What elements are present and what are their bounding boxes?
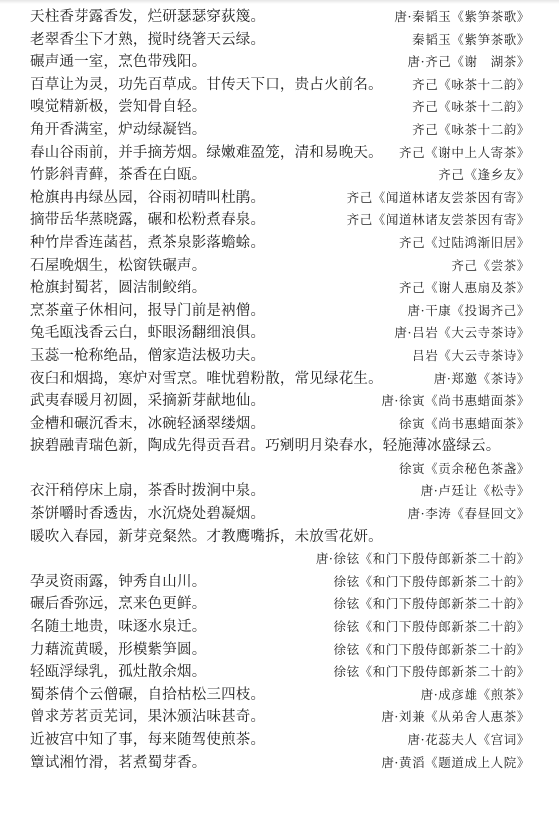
verse-row: 枪旗封蜀茗，圆洁制鲛绡。 齐己《谢人惠扇及茶》 bbox=[0, 277, 559, 300]
verse-row: 角开香满室，炉动绿凝铛。 齐己《咏茶十二韵》 bbox=[0, 119, 559, 142]
verse-text: 摘带岳华蒸晓露，碾和松粉煮春泉。 bbox=[30, 209, 265, 232]
verse-citation: 齐己《谢中上人寄茶》 bbox=[399, 142, 530, 165]
document-page: 天柱香芽露香发，烂研瑟瑟穿荻篾。 唐·秦韬玉《紫笋茶歌》 老翠香尘下才熟，搅时绕… bbox=[0, 6, 559, 774]
verse-citation: 唐·卢廷让《松寺》 bbox=[421, 480, 530, 503]
verse-text: 衣汗稍停床上扇，茶香时拨涧中泉。 bbox=[30, 480, 265, 503]
verse-citation: 齐己《过陆鸿渐旧居》 bbox=[399, 232, 530, 255]
verse-text: 轻瓯浮绿乳，孤灶散余烟。 bbox=[30, 661, 206, 684]
verse-row: 玉蕊一枪称绝品，僧家造法极功夫。 吕岩《大云寺茶诗》 bbox=[0, 345, 559, 368]
verse-text: 金槽和碾沉香末，冰碗轻涵翠缕烟。 bbox=[30, 413, 265, 436]
verse-text: 近被宫中知了事，每来随驾使煎茶。 bbox=[30, 729, 265, 752]
verse-row: 武夷春暖月初圆，采摘新芽献地仙。 唐·徐寅《尚书惠蜡面茶》 bbox=[0, 390, 559, 413]
verse-citation: 徐铉《和门下殷侍郎新茶二十韵》 bbox=[333, 661, 530, 684]
verse-citation: 齐己《咏茶十二韵》 bbox=[412, 119, 530, 142]
verse-text: 玉蕊一枪称绝品，僧家造法极功夫。 bbox=[30, 345, 265, 368]
verse-citation: 徐寅《贡余秘色茶盏》 bbox=[399, 458, 530, 481]
verse-row: 捩碧融青瑞色新，陶成先得贡吾君。巧剜明月染春水，轻施薄冰盛绿云。 bbox=[0, 435, 559, 458]
verse-row: 茶饼嚼时香透齿，水沉烧处碧凝烟。 唐·李涛《春昼回文》 bbox=[0, 503, 559, 526]
verse-text: 蜀茶倩个云僧碾，自拾枯松三四枝。 bbox=[30, 684, 265, 707]
verse-text: 石屋晚烟生，松窗铁碾声。 bbox=[30, 255, 206, 278]
verse-citation: 齐己《闻道林诸友尝茶因有寄》 bbox=[347, 209, 530, 232]
verse-text: 角开香满室，炉动绿凝铛。 bbox=[30, 119, 206, 142]
verse-row: 金槽和碾沉香末，冰碗轻涵翠缕烟。 徐寅《尚书惠蜡面茶》 bbox=[0, 413, 559, 436]
verse-row: 簟试湘竹滑，茗煮蜀芽香。 唐·黄滔《题道成上人院》 bbox=[0, 752, 559, 775]
verse-citation: 唐·李涛《春昼回文》 bbox=[408, 503, 530, 526]
verse-row: 种竹岸香连菡萏，煮茶泉影落蟾蜍。 齐己《过陆鸿渐旧居》 bbox=[0, 232, 559, 255]
citation-row: 徐寅《贡余秘色茶盏》 bbox=[0, 458, 559, 481]
verse-row: 天柱香芽露香发，烂研瑟瑟穿荻篾。 唐·秦韬玉《紫笋茶歌》 bbox=[0, 6, 559, 29]
verse-citation: 齐己《谢人惠扇及茶》 bbox=[399, 277, 530, 300]
verse-citation: 唐·徐铉《和门下殷侍郎新茶二十韵》 bbox=[316, 548, 530, 571]
verse-row: 曾求芳茗贡芜词，果沐颁沾味甚奇。 唐·刘兼《从弟舍人惠茶》 bbox=[0, 706, 559, 729]
verse-text: 碾后香弥远，烹来色更鲜。 bbox=[30, 593, 206, 616]
verse-row: 竹影斜青藓，茶香在白瓯。 齐己《逢乡友》 bbox=[0, 164, 559, 187]
verse-row: 烹茶童子休相问，报导门前是衲僧。 唐·干康《投谒齐己》 bbox=[0, 300, 559, 323]
citation-row: 唐·徐铉《和门下殷侍郎新茶二十韵》 bbox=[0, 548, 559, 571]
verse-text: 竹影斜青藓，茶香在白瓯。 bbox=[30, 164, 206, 187]
verse-text: 夜臼和烟捣，寒炉对雪烹。唯忧碧粉散，常见绿花生。 bbox=[30, 368, 383, 391]
verse-citation: 徐铉《和门下殷侍郎新茶二十韵》 bbox=[333, 593, 530, 616]
verse-row: 近被宫中知了事，每来随驾使煎茶。 唐·花蕊夫人《宫词》 bbox=[0, 729, 559, 752]
verse-citation: 齐己《咏茶十二韵》 bbox=[412, 96, 530, 119]
verse-citation: 唐·刘兼《从弟舍人惠茶》 bbox=[381, 706, 530, 729]
verse-row: 蜀茶倩个云僧碾，自拾枯松三四枝。 唐·成彦雄《煎茶》 bbox=[0, 684, 559, 707]
verse-row: 孕灵资雨露，钟秀自山川。 徐铉《和门下殷侍郎新茶二十韵》 bbox=[0, 571, 559, 594]
verse-citation: 唐·干康《投谒齐己》 bbox=[408, 300, 530, 323]
verse-citation: 徐铉《和门下殷侍郎新茶二十韵》 bbox=[333, 616, 530, 639]
verse-citation: 秦韬玉《紫笋茶歌》 bbox=[412, 29, 530, 52]
verse-citation: 齐己《逢乡友》 bbox=[438, 164, 530, 187]
verse-text: 力藉流黄暖，形模紫笋圆。 bbox=[30, 639, 206, 662]
verse-text: 曾求芳茗贡芜词，果沐颁沾味甚奇。 bbox=[30, 706, 265, 729]
verse-row: 夜臼和烟捣，寒炉对雪烹。唯忧碧粉散，常见绿花生。 唐·郑邀《茶诗》 bbox=[0, 368, 559, 391]
verse-text: 茶饼嚼时香透齿，水沉烧处碧凝烟。 bbox=[30, 503, 265, 526]
verse-citation: 唐·秦韬玉《紫笋茶歌》 bbox=[394, 6, 530, 29]
verse-row: 嗅觉精新极，尝知骨自轻。 齐己《咏茶十二韵》 bbox=[0, 96, 559, 119]
verse-citation: 齐己《咏茶十二韵》 bbox=[412, 74, 530, 97]
verse-row: 春山谷雨前，并手摘芳烟。绿嫩难盈笼，清和易晚天。 齐己《谢中上人寄茶》 bbox=[0, 142, 559, 165]
verse-citation: 唐·齐己《谢 湖茶》 bbox=[408, 51, 530, 74]
verse-text: 百草让为灵，功先百草成。甘传天下口，贵占火前名。 bbox=[30, 74, 383, 97]
verse-citation: 唐·成彦雄《煎茶》 bbox=[421, 684, 530, 707]
verse-citation: 唐·花蕊夫人《宫词》 bbox=[408, 729, 530, 752]
verse-row: 名随土地贵，味逐水泉迁。 徐铉《和门下殷侍郎新茶二十韵》 bbox=[0, 616, 559, 639]
verse-text: 烹茶童子休相问，报导门前是衲僧。 bbox=[30, 300, 265, 323]
verse-text: 簟试湘竹滑，茗煮蜀芽香。 bbox=[30, 752, 206, 775]
verse-row: 石屋晚烟生，松窗铁碾声。 齐己《尝茶》 bbox=[0, 255, 559, 278]
verse-text: 名随土地贵，味逐水泉迁。 bbox=[30, 616, 206, 639]
page-top-edge bbox=[0, 0, 559, 4]
verse-text: 嗅觉精新极，尝知骨自轻。 bbox=[30, 96, 206, 119]
verse-citation: 唐·郑邀《茶诗》 bbox=[434, 368, 530, 391]
verse-citation: 唐·徐寅《尚书惠蜡面茶》 bbox=[381, 390, 530, 413]
verse-text: 枪旗冉冉绿丛园，谷雨初晴叫杜鹃。 bbox=[30, 187, 265, 210]
verse-text: 孕灵资雨露，钟秀自山川。 bbox=[30, 571, 206, 594]
verse-text: 碾声通一室，烹色带残阳。 bbox=[30, 51, 206, 74]
verse-text: 兔毛瓯浅香云白，虾眼汤翻细浪俱。 bbox=[30, 322, 265, 345]
verse-row: 摘带岳华蒸晓露，碾和松粉煮春泉。 齐己《闻道林诸友尝茶因有寄》 bbox=[0, 209, 559, 232]
verse-text: 天柱香芽露香发，烂研瑟瑟穿荻篾。 bbox=[30, 6, 265, 29]
verse-row: 暖吹入春园，新芽竞粲然。才教鹰嘴拆，未放雪花妍。 bbox=[0, 526, 559, 549]
verse-row: 力藉流黄暖，形模紫笋圆。 徐铉《和门下殷侍郎新茶二十韵》 bbox=[0, 639, 559, 662]
verse-row: 枪旗冉冉绿丛园，谷雨初晴叫杜鹃。 齐己《闻道林诸友尝茶因有寄》 bbox=[0, 187, 559, 210]
verse-citation: 唐·吕岩《大云寺茶诗》 bbox=[394, 322, 530, 345]
verse-citation: 徐寅《尚书惠蜡面茶》 bbox=[399, 413, 530, 436]
verse-row: 百草让为灵，功先百草成。甘传天下口，贵占火前名。 齐己《咏茶十二韵》 bbox=[0, 74, 559, 97]
verse-row: 碾后香弥远，烹来色更鲜。 徐铉《和门下殷侍郎新茶二十韵》 bbox=[0, 593, 559, 616]
verse-text: 捩碧融青瑞色新，陶成先得贡吾君。巧剜明月染春水，轻施薄冰盛绿云。 bbox=[30, 435, 500, 458]
verse-text: 老翠香尘下才熟，搅时绕箸天云绿。 bbox=[30, 29, 265, 52]
verse-text: 春山谷雨前，并手摘芳烟。绿嫩难盈笼，清和易晚天。 bbox=[30, 142, 383, 165]
verse-row: 衣汗稍停床上扇，茶香时拨涧中泉。 唐·卢廷让《松寺》 bbox=[0, 480, 559, 503]
verse-text: 暖吹入春园，新芽竞粲然。才教鹰嘴拆，未放雪花妍。 bbox=[30, 526, 383, 549]
verse-citation: 唐·黄滔《题道成上人院》 bbox=[381, 752, 530, 775]
verse-text: 枪旗封蜀茗，圆洁制鲛绡。 bbox=[30, 277, 206, 300]
verse-citation: 吕岩《大云寺茶诗》 bbox=[412, 345, 530, 368]
verse-row: 碾声通一室，烹色带残阳。 唐·齐己《谢 湖茶》 bbox=[0, 51, 559, 74]
verse-text: 种竹岸香连菡萏，煮茶泉影落蟾蜍。 bbox=[30, 232, 265, 255]
verse-row: 老翠香尘下才熟，搅时绕箸天云绿。 秦韬玉《紫笋茶歌》 bbox=[0, 29, 559, 52]
verse-citation: 徐铉《和门下殷侍郎新茶二十韵》 bbox=[333, 571, 530, 594]
verse-row: 兔毛瓯浅香云白，虾眼汤翻细浪俱。 唐·吕岩《大云寺茶诗》 bbox=[0, 322, 559, 345]
verse-citation: 齐己《闻道林诸友尝茶因有寄》 bbox=[347, 187, 530, 210]
verse-text: 武夷春暖月初圆，采摘新芽献地仙。 bbox=[30, 390, 265, 413]
verse-row: 轻瓯浮绿乳，孤灶散余烟。 徐铉《和门下殷侍郎新茶二十韵》 bbox=[0, 661, 559, 684]
verse-citation: 齐己《尝茶》 bbox=[451, 255, 530, 278]
verse-citation: 徐铉《和门下殷侍郎新茶二十韵》 bbox=[333, 639, 530, 662]
